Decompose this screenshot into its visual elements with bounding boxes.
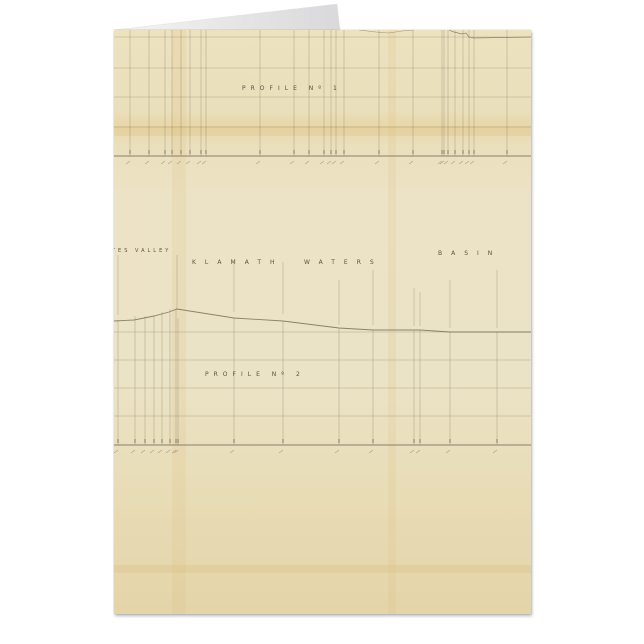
grid-line bbox=[320, 161, 324, 164]
profile-1-title: PROFILE Nº 1 bbox=[242, 85, 342, 92]
grid-line bbox=[465, 161, 469, 164]
grid-line bbox=[186, 161, 190, 164]
grid-line bbox=[114, 450, 118, 453]
grid-line bbox=[451, 161, 455, 164]
grid-line bbox=[327, 161, 331, 164]
grid-line bbox=[161, 161, 165, 164]
grid-line bbox=[440, 161, 444, 164]
grid-line bbox=[145, 161, 149, 164]
railroad-profile-map bbox=[114, 30, 531, 614]
grid-line bbox=[158, 450, 162, 453]
grid-line bbox=[335, 450, 339, 453]
waters-label: WATERS bbox=[304, 259, 383, 266]
grid-line bbox=[256, 161, 260, 164]
grid-line bbox=[279, 450, 283, 453]
grid-line bbox=[172, 450, 176, 453]
grid-line bbox=[340, 161, 344, 164]
grid-line bbox=[150, 450, 154, 453]
elevation-profile-line bbox=[114, 309, 531, 332]
grid-line bbox=[503, 161, 507, 164]
grid-line bbox=[177, 161, 181, 164]
grid-line bbox=[446, 450, 450, 453]
grid-line bbox=[197, 161, 201, 164]
profile-2-title: PROFILE Nº 2 bbox=[205, 371, 305, 378]
grid-line bbox=[409, 161, 413, 164]
grid-line bbox=[459, 161, 463, 164]
grid-line bbox=[126, 161, 130, 164]
grid-line bbox=[444, 161, 448, 164]
grid-line bbox=[168, 161, 172, 164]
grid-line bbox=[332, 161, 336, 164]
grid-line bbox=[375, 161, 379, 164]
grid-line bbox=[141, 450, 145, 453]
basin-label: BASIN bbox=[438, 250, 501, 257]
klamath-label: KLAMATH bbox=[192, 259, 284, 266]
grid-line bbox=[131, 450, 135, 453]
grid-line bbox=[305, 161, 309, 164]
grid-line bbox=[290, 161, 294, 164]
grid-line bbox=[416, 450, 420, 453]
grid-line bbox=[174, 450, 178, 453]
grid-line bbox=[493, 450, 497, 453]
grid-line bbox=[369, 450, 373, 453]
grid-line bbox=[230, 450, 234, 453]
valley-label: TES VALLEY bbox=[114, 248, 171, 254]
grid-line bbox=[202, 161, 206, 164]
greeting-card: PROFILE Nº 1 TES VALLEY KLAMATH WATERS B… bbox=[114, 30, 531, 614]
grid-line bbox=[438, 161, 442, 164]
grid-line bbox=[470, 161, 474, 164]
grid-line bbox=[166, 450, 170, 453]
grid-line bbox=[410, 450, 414, 453]
